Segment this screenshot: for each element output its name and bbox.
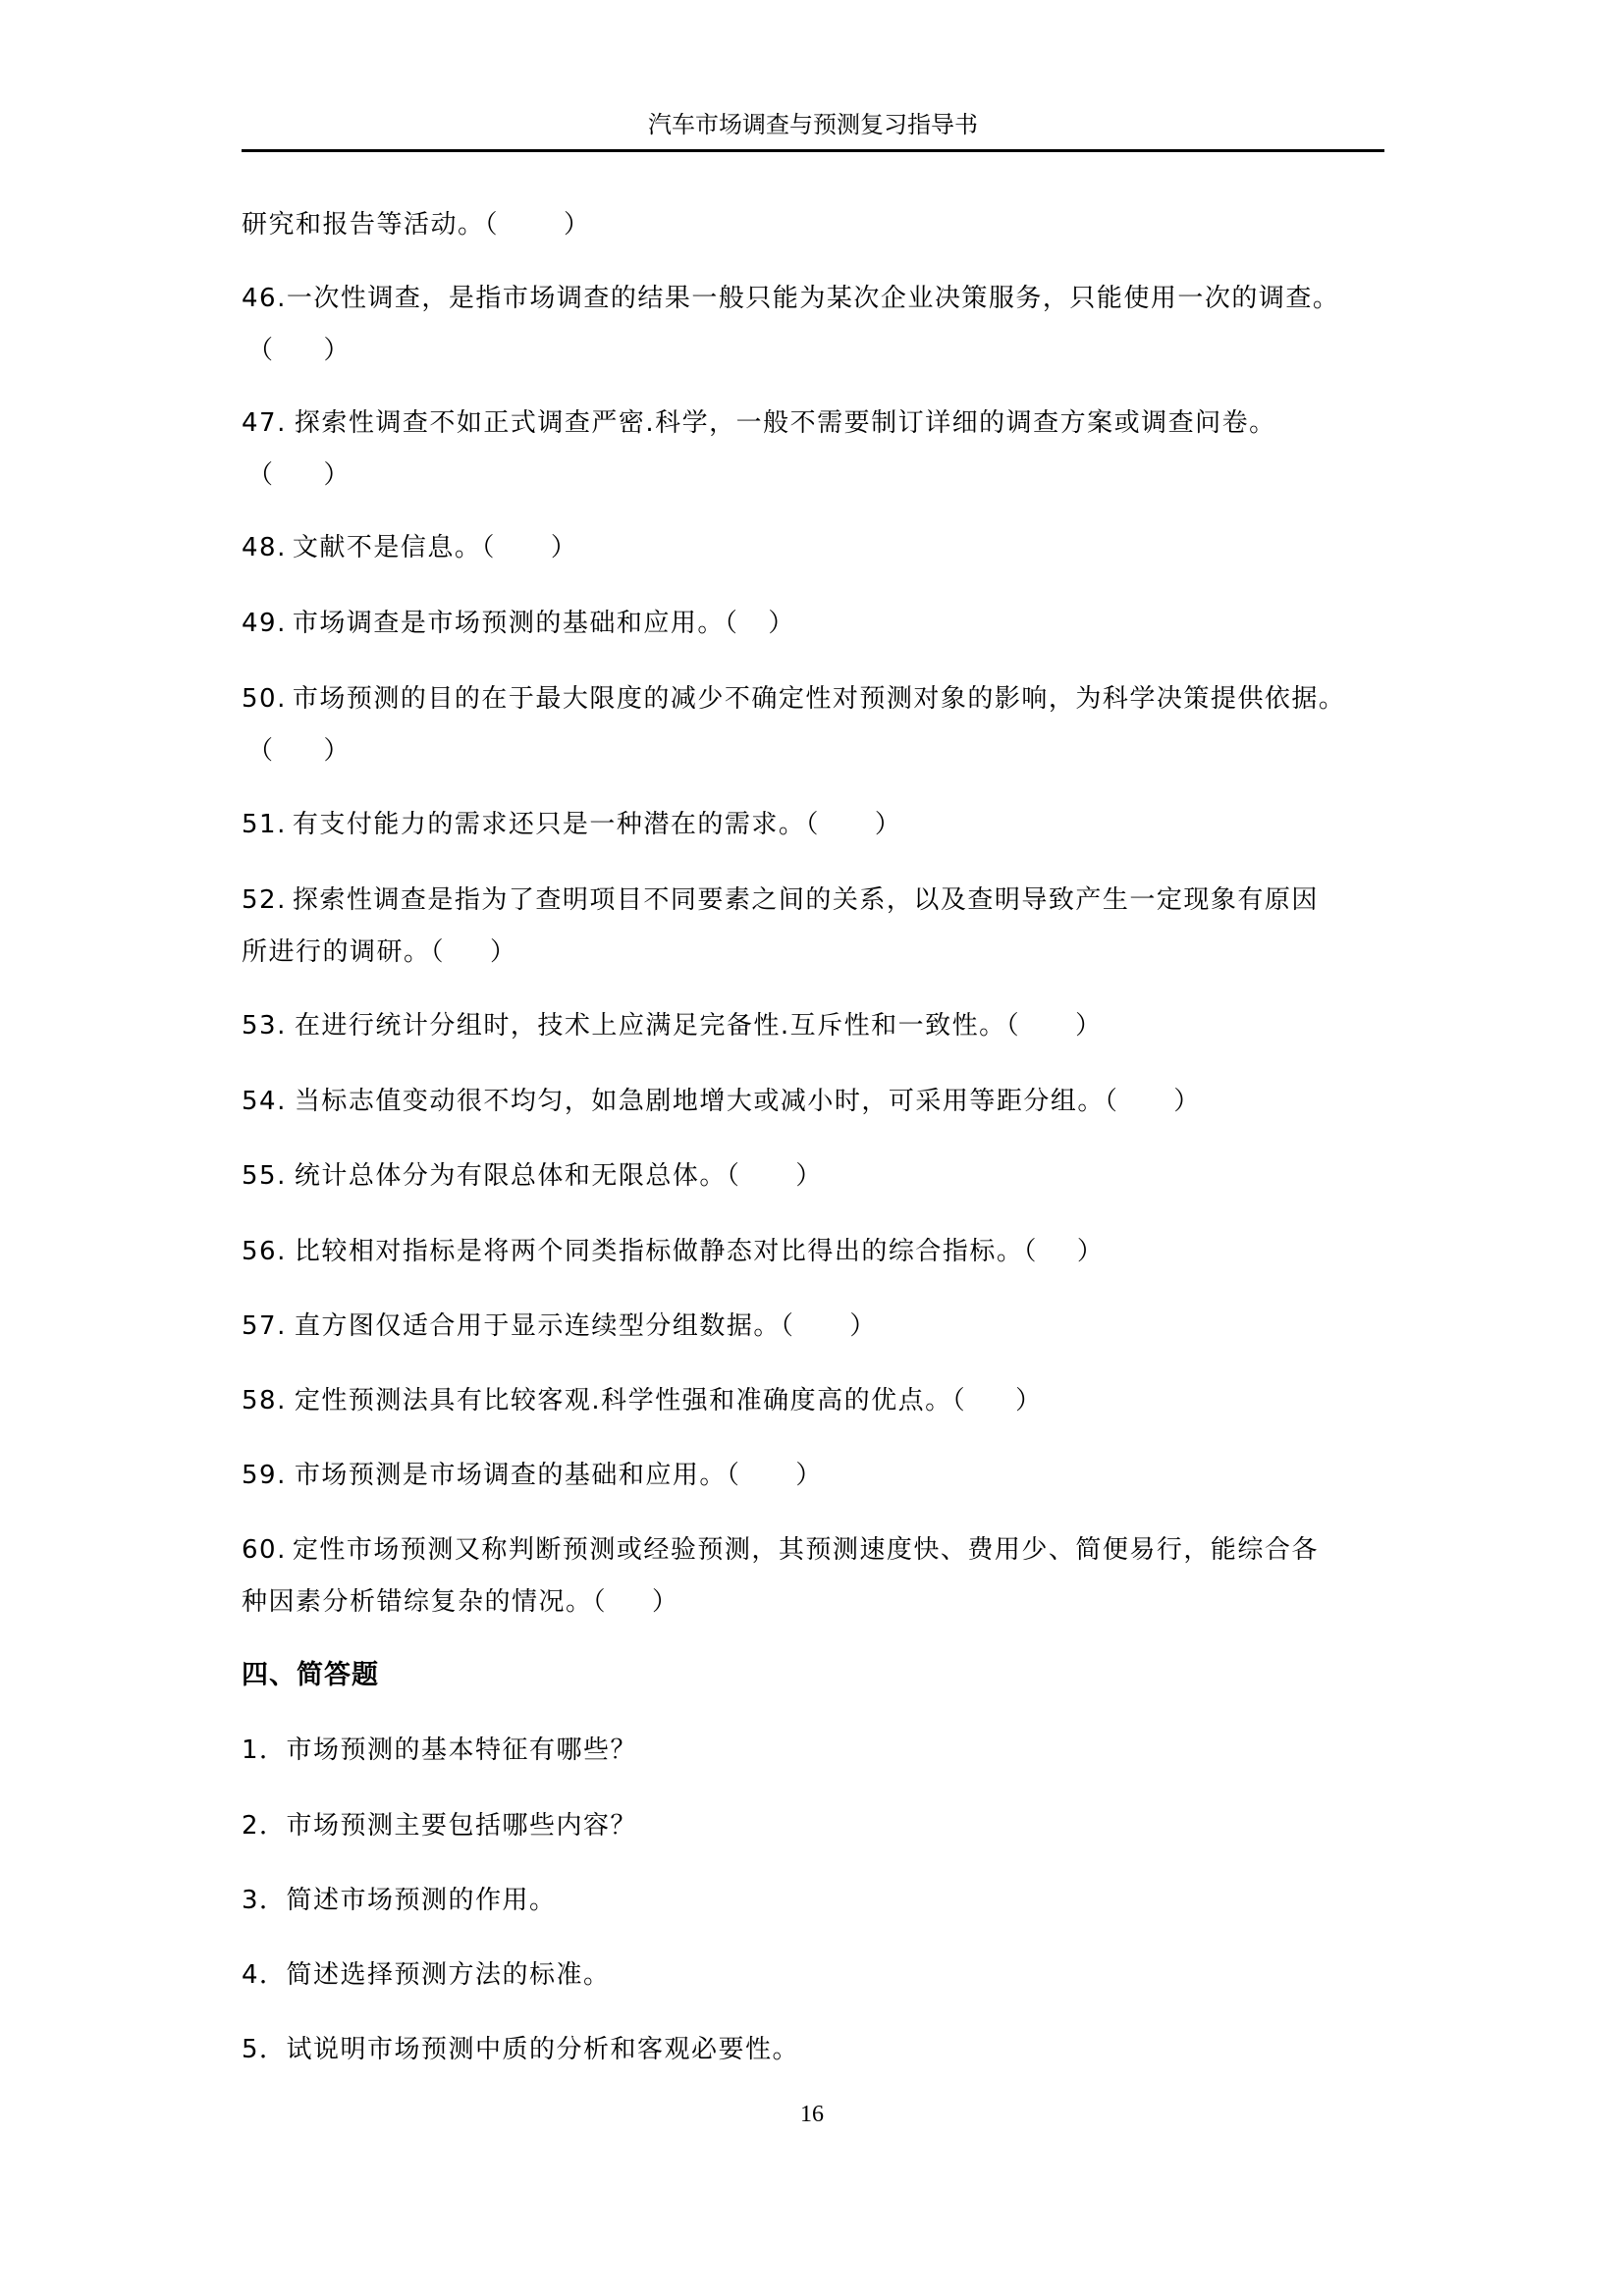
header-divider: [242, 149, 1384, 152]
question-53: 53.在进行统计分组时，技术上应满足完备性.互斥性和一致性。（）: [242, 1009, 1103, 1042]
question-52-continuation: 所进行的调研。（）: [242, 935, 517, 969]
question-57: 57.直方图仅适合用于显示连续型分组数据。（）: [242, 1309, 877, 1343]
short-answer-1: 1．市场预测的基本特征有哪些？: [242, 1734, 637, 1767]
question-46-answer: （）: [242, 334, 351, 367]
question-54: 54.当标志值变动很不均匀，如急剧地增大或减小时，可采用等距分组。（）: [242, 1085, 1201, 1118]
question-60-continuation: 种因素分析错综复杂的情况。（）: [242, 1585, 679, 1619]
question-48: 48.文献不是信息。（）: [242, 531, 577, 564]
section-heading-short-answer: 四、简答题: [242, 1659, 379, 1692]
question-47: 47.探索性调查不如正式调查严密.科学，一般不需要制订详细的调查方案或调查问卷。: [242, 406, 1276, 440]
running-header: 汽车市场调查与预测复习指导书: [242, 110, 1384, 139]
question-47-answer: （）: [242, 458, 351, 492]
question-46: 46.一次性调查，是指市场调查的结果一般只能为某次企业决策服务，只能使用一次的调…: [242, 282, 1339, 315]
question-50: 50.市场预测的目的在于最大限度的减少不确定性对预测对象的影响，为科学决策提供依…: [242, 682, 1345, 716]
question-58: 58.定性预测法具有比较客观.科学性强和准确度高的优点。（）: [242, 1384, 1043, 1417]
question-51: 51.有支付能力的需求还只是一种潜在的需求。（）: [242, 808, 901, 841]
question-60: 60.定性市场预测又称判断预测或经验预测，其预测速度快、费用少、简便易行，能综合…: [242, 1533, 1319, 1567]
question-56: 56.比较相对指标是将两个同类指标做静态对比得出的综合指标。（）: [242, 1235, 1104, 1268]
question-59: 59.市场预测是市场调查的基础和应用。（）: [242, 1459, 823, 1492]
short-answer-3: 3．简述市场预测的作用。: [242, 1884, 557, 1917]
short-answer-2: 2．市场预测主要包括哪些内容？: [242, 1809, 637, 1842]
question-49: 49.市场调查是市场预测的基础和应用。（）: [242, 607, 795, 640]
question-50-answer: （）: [242, 734, 351, 768]
question-45-continuation: 研究和报告等活动。（）: [242, 208, 591, 241]
question-52: 52.探索性调查是指为了查明项目不同要素之间的关系，以及查明导致产生一定现象有原…: [242, 883, 1319, 917]
question-55: 55.统计总体分为有限总体和无限总体。（）: [242, 1159, 823, 1193]
short-answer-5: 5．试说明市场预测中质的分析和客观必要性。: [242, 2033, 799, 2066]
short-answer-4: 4．简述选择预测方法的标准。: [242, 1958, 611, 1992]
page-number: 16: [0, 2101, 1624, 2128]
